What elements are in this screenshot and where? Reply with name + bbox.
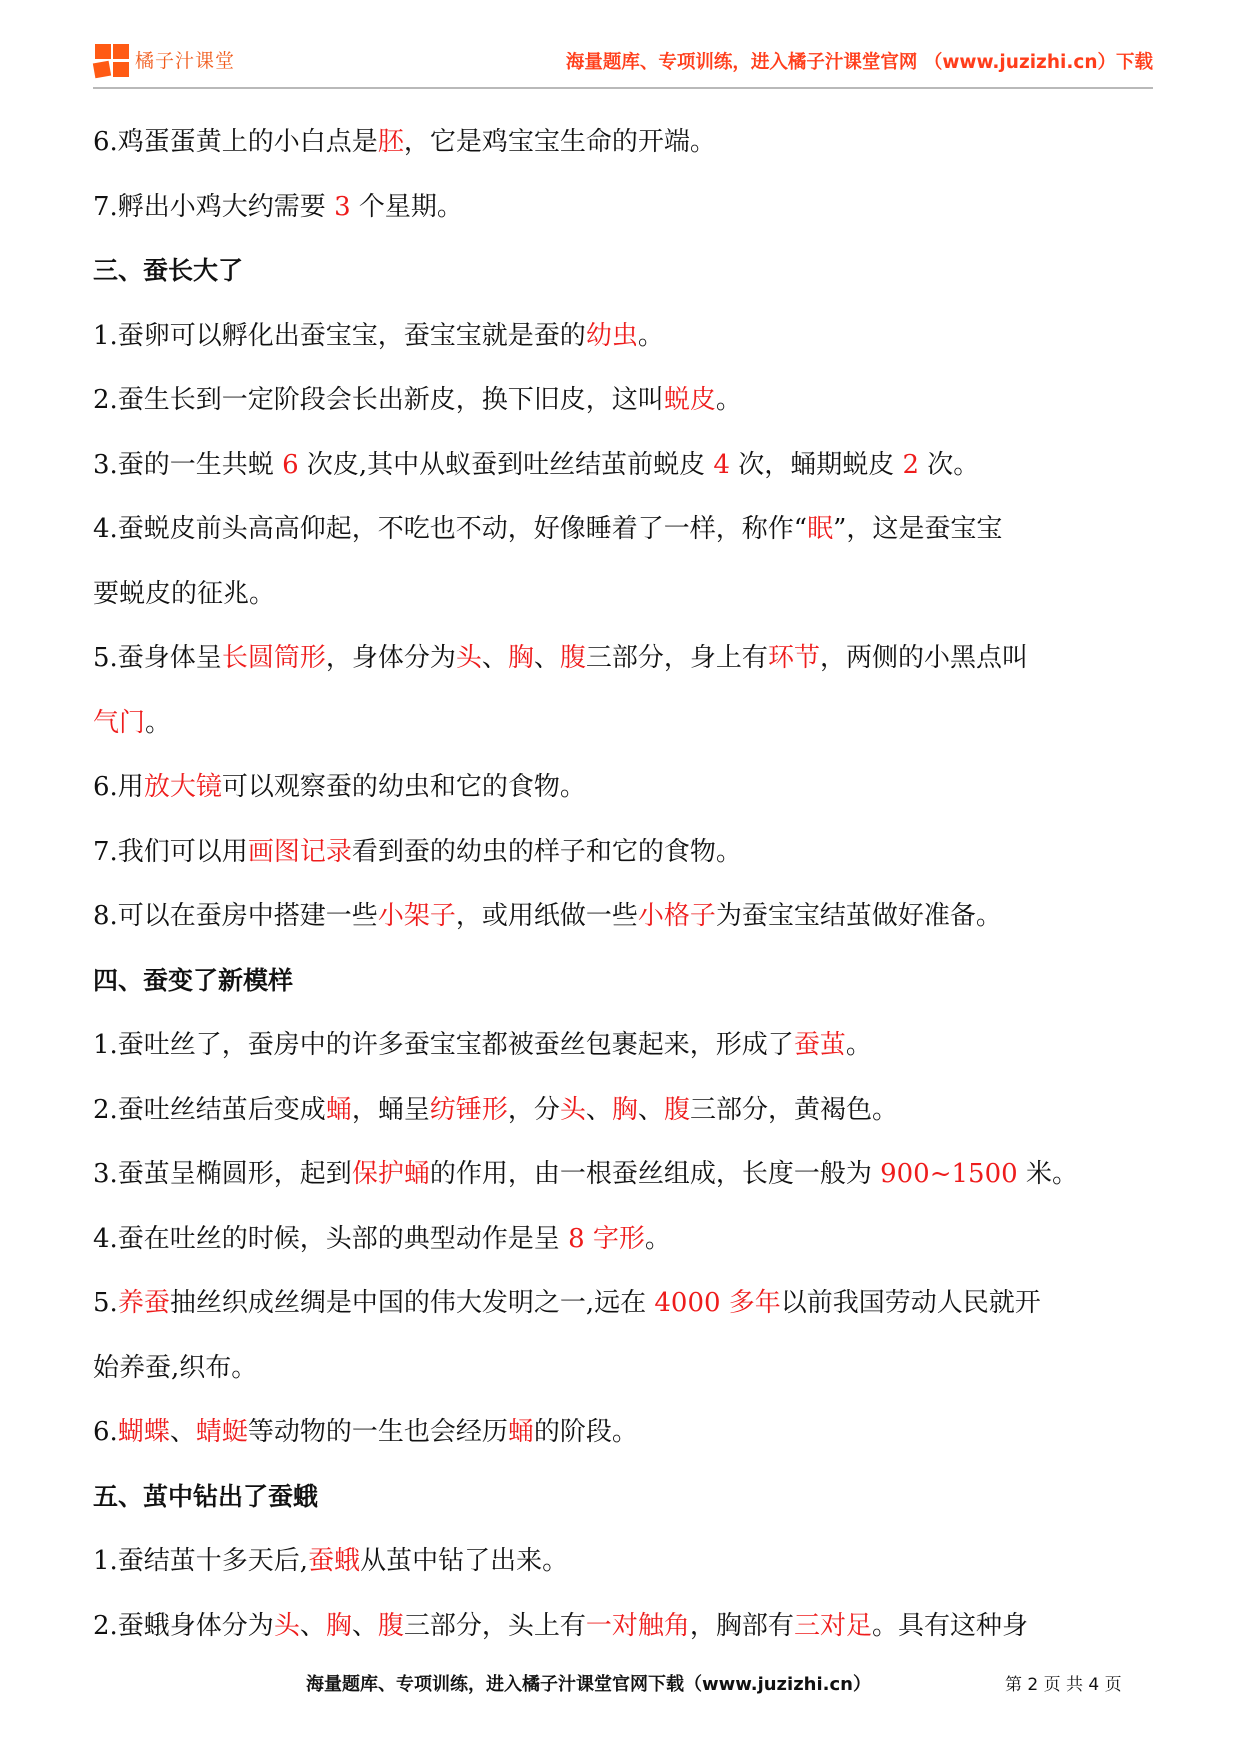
- answer-highlight: 900~1500: [880, 1159, 1018, 1189]
- text-segment: 的作用，由一根蚕丝组成，长度一般为: [430, 1159, 880, 1189]
- text-segment: ，蛹呈: [352, 1095, 430, 1125]
- text-segment: 三部分，身上有: [586, 643, 768, 673]
- text-segment: ，胸部有: [690, 1611, 794, 1641]
- answer-highlight: 小架子: [378, 901, 456, 931]
- answer-highlight: 放大镜: [144, 772, 222, 802]
- answer-highlight: 胚: [378, 127, 404, 157]
- text-segment: 、: [534, 643, 560, 673]
- answer-highlight: 胸: [326, 1611, 352, 1641]
- answer-highlight: 蜕皮: [664, 385, 716, 415]
- text-segment: 四、蚕变了新模样: [93, 966, 293, 995]
- text-segment: 2.蚕生长到一定阶段会长出新皮，换下旧皮，这叫: [93, 385, 664, 415]
- text-segment: 2.蚕吐丝结茧后变成: [93, 1095, 326, 1125]
- text-line: 6.用放大镜可以观察蚕的幼虫和它的食物。: [93, 755, 1153, 820]
- answer-highlight: 保护蛹: [352, 1159, 430, 1189]
- text-segment: 2.蚕蛾身体分为: [93, 1611, 274, 1641]
- answer-highlight: 纺锤形: [430, 1095, 508, 1125]
- text-segment: 。: [638, 321, 664, 351]
- text-line: 始养蚕,织布。: [93, 1336, 1153, 1401]
- section-heading: 五、茧中钻出了蚕蛾: [93, 1465, 1153, 1530]
- answer-highlight: 蝴蝶: [118, 1417, 170, 1447]
- answer-highlight: 幼虫: [586, 321, 638, 351]
- text-segment: 米。: [1018, 1159, 1078, 1189]
- text-line: 2.蚕吐丝结茧后变成蛹，蛹呈纺锤形，分头、胸、腹三部分，黄褐色。: [93, 1078, 1153, 1143]
- document-body: 6.鸡蛋蛋黄上的小白点是胚，它是鸡宝宝生命的开端。7.孵出小鸡大约需要 3 个星…: [93, 110, 1153, 1658]
- footer-slogan-link[interactable]: 海量题库、专项训练，进入橘子汁课堂官网下载（www.juzizhi.cn）: [306, 1670, 871, 1696]
- text-segment: ，或用纸做一些: [456, 901, 638, 931]
- text-line: 3.蚕茧呈椭圆形，起到保护蛹的作用，由一根蚕丝组成，长度一般为 900~1500…: [93, 1142, 1153, 1207]
- text-segment: 可以观察蚕的幼虫和它的食物。: [222, 772, 586, 802]
- text-segment: 以前我国劳动人民就开: [781, 1288, 1041, 1318]
- text-segment: 次，蛹期蜕皮: [730, 450, 903, 480]
- text-segment: 三部分，头上有: [404, 1611, 586, 1641]
- text-segment: 4.蚕在吐丝的时候，头部的典型动作是呈: [93, 1224, 568, 1254]
- text-segment: 3.蚕的一生共蜕: [93, 450, 282, 480]
- answer-highlight: 腹: [664, 1095, 690, 1125]
- text-segment: 三部分，黄褐色。: [690, 1095, 898, 1125]
- text-line: 4.蚕蜕皮前头高高仰起，不吃也不动，好像睡着了一样，称作“眠”，这是蚕宝宝: [93, 497, 1153, 562]
- text-segment: 7.孵出小鸡大约需要: [93, 192, 334, 222]
- text-line: 6.鸡蛋蛋黄上的小白点是胚，它是鸡宝宝生命的开端。: [93, 110, 1153, 175]
- answer-highlight: 头: [274, 1611, 300, 1641]
- text-segment: 抽丝织成丝绸是中国的伟大发明之一,远在: [170, 1288, 655, 1318]
- text-segment: 7.我们可以用: [93, 837, 248, 867]
- answer-highlight: 头: [456, 643, 482, 673]
- text-segment: 看到蚕的幼虫的样子和它的食物。: [352, 837, 742, 867]
- text-segment: 8.可以在蚕房中搭建一些: [93, 901, 378, 931]
- answer-highlight: 蛹: [508, 1417, 534, 1447]
- text-segment: 4.蚕蜕皮前头高高仰起，不吃也不动，好像睡着了一样，称作“: [93, 514, 807, 544]
- answer-highlight: 4000 多年: [654, 1288, 780, 1318]
- text-segment: 三、蚕长大了: [93, 256, 243, 285]
- text-segment: 等动物的一生也会经历: [248, 1417, 508, 1447]
- answer-highlight: 头: [560, 1095, 586, 1125]
- text-segment: 、: [638, 1095, 664, 1125]
- text-line: 2.蚕蛾身体分为头、胸、腹三部分，头上有一对触角，胸部有三对足。具有这种身: [93, 1594, 1153, 1659]
- answer-highlight: 蚕蛾: [308, 1546, 360, 1576]
- section-heading: 四、蚕变了新模样: [93, 949, 1153, 1014]
- text-segment: ”，这是蚕宝宝: [833, 514, 1002, 544]
- answer-highlight: 长圆筒形: [222, 643, 326, 673]
- answer-highlight: 4: [713, 450, 730, 480]
- text-segment: 、: [170, 1417, 196, 1447]
- answer-highlight: 3: [334, 192, 351, 222]
- answer-highlight: 气门: [93, 708, 145, 738]
- text-segment: ，身体分为: [326, 643, 456, 673]
- text-segment: 。具有这种身: [872, 1611, 1028, 1641]
- page-footer: 海量题库、专项训练，进入橘子汁课堂官网下载（www.juzizhi.cn） 第 …: [0, 1670, 1240, 1700]
- text-line: 3.蚕的一生共蜕 6 次皮,其中从蚁蚕到吐丝结茧前蜕皮 4 次，蛹期蜕皮 2 次…: [93, 433, 1153, 498]
- text-segment: 1.蚕结茧十多天后,: [93, 1546, 308, 1576]
- text-line: 5.养蚕抽丝织成丝绸是中国的伟大发明之一,远在 4000 多年以前我国劳动人民就…: [93, 1271, 1153, 1336]
- text-segment: 始养蚕,织布。: [93, 1353, 257, 1383]
- answer-highlight: 一对触角: [586, 1611, 690, 1641]
- text-line: 气门。: [93, 691, 1153, 756]
- text-segment: 6.: [93, 1417, 118, 1447]
- answer-highlight: 养蚕: [118, 1288, 170, 1318]
- answer-highlight: 画图记录: [248, 837, 352, 867]
- text-segment: 1.蚕卵可以孵化出蚕宝宝，蚕宝宝就是蚕的: [93, 321, 586, 351]
- text-segment: 5.蚕身体呈: [93, 643, 222, 673]
- text-segment: 。: [645, 1224, 671, 1254]
- text-segment: 次。: [919, 450, 979, 480]
- text-segment: ，分: [508, 1095, 560, 1125]
- text-segment: 、: [586, 1095, 612, 1125]
- text-line: 7.孵出小鸡大约需要 3 个星期。: [93, 175, 1153, 240]
- text-segment: 5.: [93, 1288, 118, 1318]
- text-segment: 。: [716, 385, 742, 415]
- text-segment: 、: [300, 1611, 326, 1641]
- text-line: 8.可以在蚕房中搭建一些小架子，或用纸做一些小格子为蚕宝宝结茧做好准备。: [93, 884, 1153, 949]
- text-segment: 的阶段。: [534, 1417, 638, 1447]
- text-segment: 1.蚕吐丝了，蚕房中的许多蚕宝宝都被蚕丝包裹起来，形成了: [93, 1030, 794, 1060]
- answer-highlight: 眠: [807, 514, 833, 544]
- header-divider: [93, 87, 1153, 89]
- brand-name: 橘子汁课堂: [135, 46, 235, 73]
- answer-highlight: 腹: [560, 643, 586, 673]
- answer-highlight: 胸: [508, 643, 534, 673]
- text-line: 1.蚕吐丝了，蚕房中的许多蚕宝宝都被蚕丝包裹起来，形成了蚕茧。: [93, 1013, 1153, 1078]
- answer-highlight: 小格子: [638, 901, 716, 931]
- text-segment: 五、茧中钻出了蚕蛾: [93, 1482, 318, 1511]
- text-segment: 个星期。: [351, 192, 463, 222]
- text-line: 要蜕皮的征兆。: [93, 562, 1153, 627]
- page-number: 第 2 页 共 4 页: [1005, 1670, 1122, 1695]
- answer-highlight: 蜻蜓: [196, 1417, 248, 1447]
- text-segment: 。: [145, 708, 171, 738]
- text-segment: 次皮,其中从蚁蚕到吐丝结茧前蜕皮: [299, 450, 714, 480]
- text-segment: 3.蚕茧呈椭圆形，起到: [93, 1159, 352, 1189]
- text-line: 7.我们可以用画图记录看到蚕的幼虫的样子和它的食物。: [93, 820, 1153, 885]
- text-segment: 为蚕宝宝结茧做好准备。: [716, 901, 1002, 931]
- text-line: 2.蚕生长到一定阶段会长出新皮，换下旧皮，这叫蜕皮。: [93, 368, 1153, 433]
- answer-highlight: 2: [903, 450, 920, 480]
- text-line: 5.蚕身体呈长圆筒形，身体分为头、胸、腹三部分，身上有环节，两侧的小黑点叫: [93, 626, 1153, 691]
- text-line: 4.蚕在吐丝的时候，头部的典型动作是呈 8 字形。: [93, 1207, 1153, 1272]
- answer-highlight: 蚕茧: [794, 1030, 846, 1060]
- answer-highlight: 腹: [378, 1611, 404, 1641]
- text-segment: 从茧中钻了出来。: [360, 1546, 568, 1576]
- text-line: 6.蝴蝶、蜻蜓等动物的一生也会经历蛹的阶段。: [93, 1400, 1153, 1465]
- text-line: 1.蚕结茧十多天后,蚕蛾从茧中钻了出来。: [93, 1529, 1153, 1594]
- answer-highlight: 8 字形: [568, 1224, 645, 1254]
- text-segment: 、: [482, 643, 508, 673]
- answer-highlight: 胸: [612, 1095, 638, 1125]
- header-slogan-link[interactable]: 海量题库、专项训练，进入橘子汁课堂官网 （www.juzizhi.cn）下载: [566, 48, 1153, 74]
- text-segment: 、: [352, 1611, 378, 1641]
- answer-highlight: 环节: [768, 643, 820, 673]
- page-header: 橘子汁课堂 海量题库、专项训练，进入橘子汁课堂官网 （www.juzizhi.c…: [93, 38, 1153, 82]
- text-segment: 要蜕皮的征兆。: [93, 579, 275, 609]
- answer-highlight: 6: [282, 450, 299, 480]
- text-segment: 6.用: [93, 772, 144, 802]
- text-segment: 。: [846, 1030, 872, 1060]
- text-segment: 6.鸡蛋蛋黄上的小白点是: [93, 127, 378, 157]
- text-segment: ，它是鸡宝宝生命的开端。: [404, 127, 716, 157]
- text-segment: ，两侧的小黑点叫: [820, 643, 1028, 673]
- answer-highlight: 三对足: [794, 1611, 872, 1641]
- section-heading: 三、蚕长大了: [93, 239, 1153, 304]
- logo-icon: [93, 44, 129, 78]
- answer-highlight: 蛹: [326, 1095, 352, 1125]
- text-line: 1.蚕卵可以孵化出蚕宝宝，蚕宝宝就是蚕的幼虫。: [93, 304, 1153, 369]
